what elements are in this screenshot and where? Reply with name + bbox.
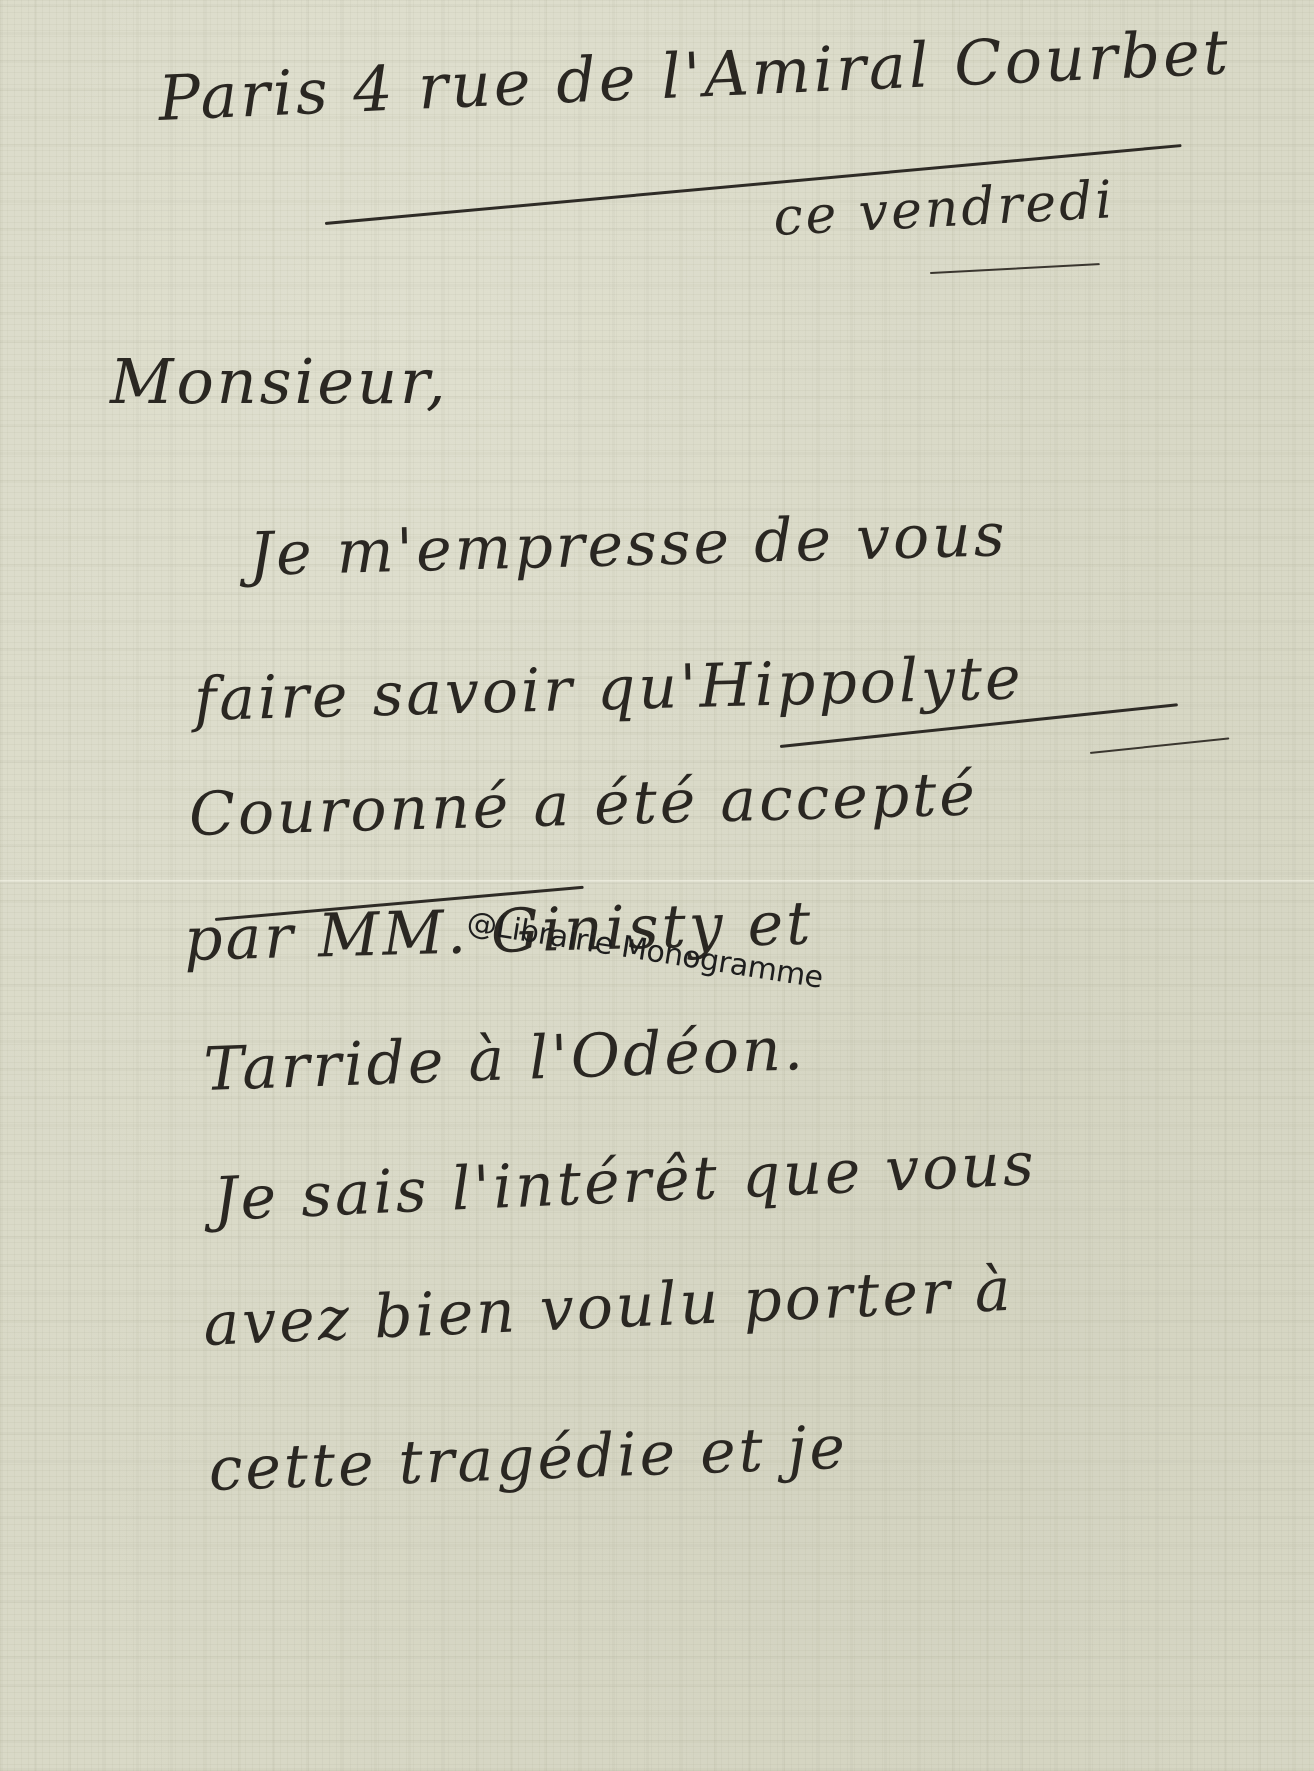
paper-fold-crease (0, 880, 1314, 884)
letter-salutation: Monsieur, (110, 345, 449, 418)
letter-paper (0, 0, 1314, 1771)
